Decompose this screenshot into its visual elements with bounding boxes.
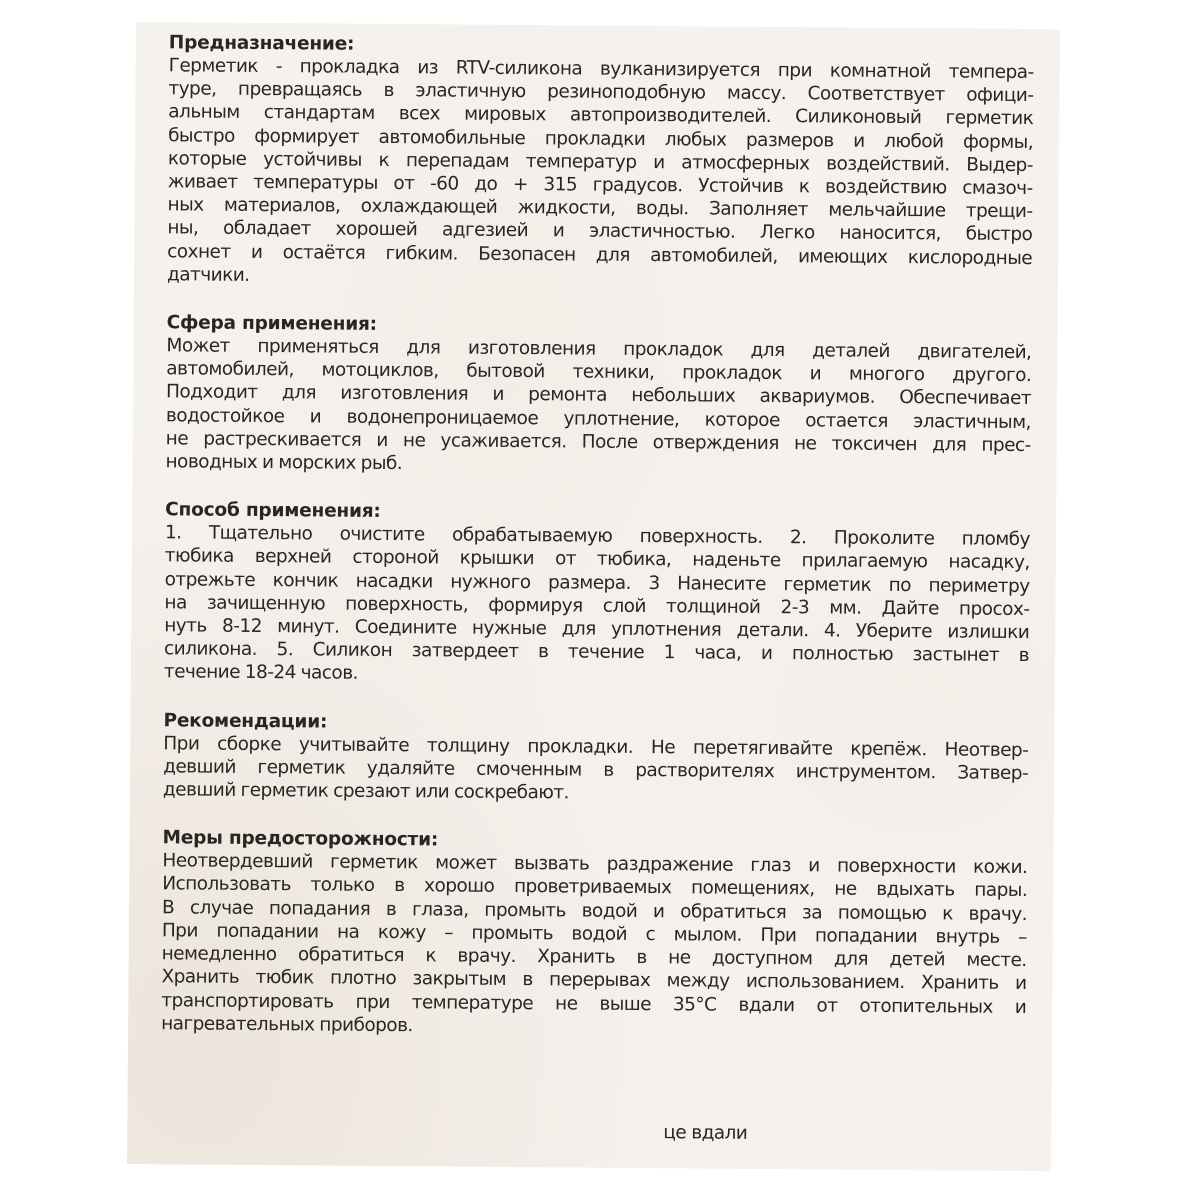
section: Рекомендации:При сборке учитывайте толщи… bbox=[163, 710, 1031, 808]
section: Меры предосторожности:Неотвердевший герм… bbox=[161, 828, 1030, 1042]
section: Предназначение:Герметик - прокладка из R… bbox=[167, 32, 1036, 293]
instruction-sheet: Предназначение:Герметик - прокладка из R… bbox=[127, 22, 1060, 1171]
stray-print-artifact: це вдали bbox=[663, 1122, 747, 1144]
sections-container: Предназначение:Герметик - прокладка из R… bbox=[161, 32, 1036, 1042]
section: Сфера применения:Может применяться для и… bbox=[165, 312, 1033, 480]
section: Способ применения:1. Тщательно очистите … bbox=[164, 499, 1032, 690]
